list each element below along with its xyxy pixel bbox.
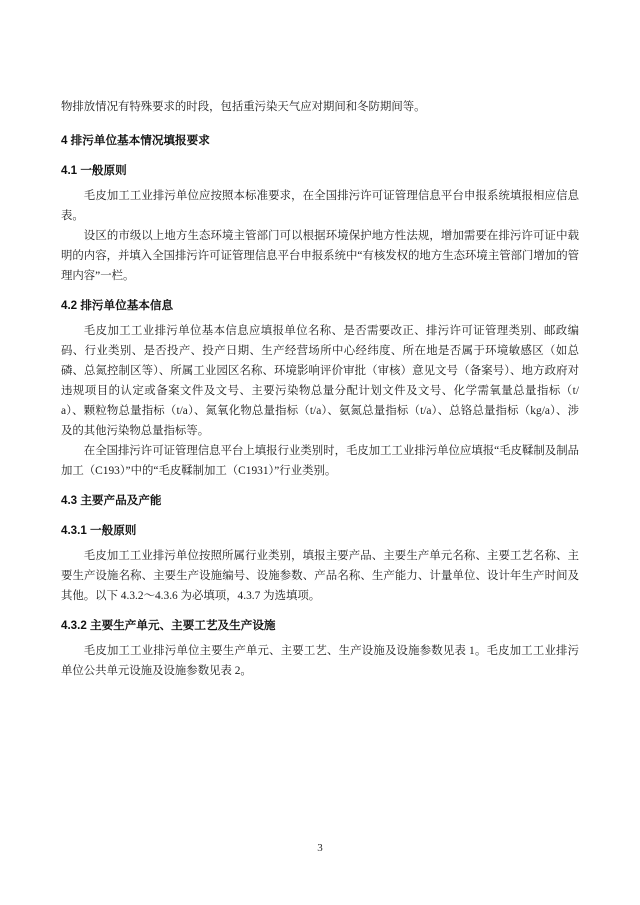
paragraph-4-1-general-principle-2: 设区的市级以上地方生态环境主管部门可以根据环境保护地方性法规，增加需要在排污许可…: [61, 226, 579, 286]
heading-section-4-2: 4.2 排污单位基本信息: [61, 296, 579, 316]
paragraph-4-2-basic-info-2: 在全国排污许可证管理信息平台上填报行业类别时，毛皮加工工业排污单位应填报“毛皮鞣…: [61, 441, 579, 481]
paragraph-4-3-1-general-principle: 毛皮加工工业排污单位按照所属行业类别，填报主要产品、主要生产单元名称、主要工艺名…: [61, 546, 579, 606]
heading-section-4: 4 排污单位基本情况填报要求: [61, 131, 579, 151]
heading-section-4-3-1: 4.3.1 一般原则: [61, 521, 579, 541]
paragraph-4-1-general-principle-1: 毛皮加工工业排污单位应按照本标准要求，在全国排污许可证管理信息平台申报系统填报相…: [61, 186, 579, 226]
heading-section-4-3-2: 4.3.2 主要生产单元、主要工艺及生产设施: [61, 616, 579, 636]
page-number: 3: [0, 842, 640, 854]
heading-section-4-3: 4.3 主要产品及产能: [61, 491, 579, 511]
paragraph-4-2-basic-info-1: 毛皮加工工业排污单位基本信息应填报单位名称、是否需要改正、排污许可证管理类别、邮…: [61, 321, 579, 441]
heading-section-4-1: 4.1 一般原则: [61, 161, 579, 181]
paragraph-continuation-from-previous-page: 物排放情况有特殊要求的时段，包括重污染天气应对期间和冬防期间等。: [61, 97, 579, 117]
document-body: 物排放情况有特殊要求的时段，包括重污染天气应对期间和冬防期间等。 4 排污单位基…: [61, 97, 579, 681]
document-page: 物排放情况有特殊要求的时段，包括重污染天气应对期间和冬防期间等。 4 排污单位基…: [0, 0, 640, 905]
paragraph-4-3-2-production-units: 毛皮加工工业排污单位主要生产单元、主要工艺、生产设施及设施参数见表 1。毛皮加工…: [61, 641, 579, 681]
